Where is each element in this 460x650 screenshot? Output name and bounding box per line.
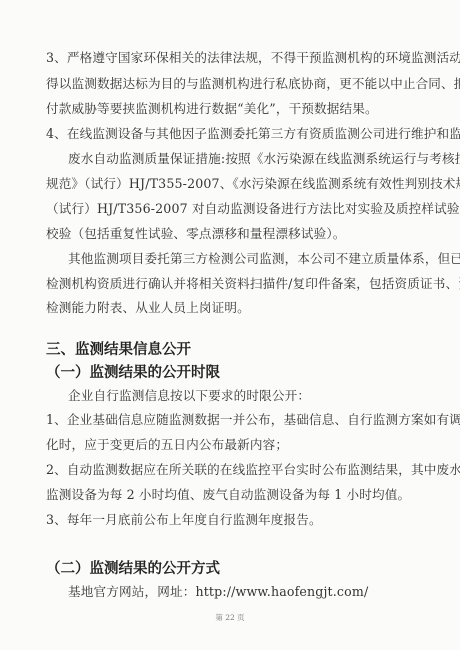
text-line: 检测机构资质进行确认并将相关资料扫描件/复印件备案，包括资质证书、资质 — [46, 276, 424, 292]
text-line: 3、严格遵守国家环保相关的法律法规，不得干预监测机构的环境监测活动，不 — [46, 50, 424, 66]
text-line: 规范》（试行）HJ/T355-2007、《水污染源在线监测系统有效性判别技术规范… — [46, 176, 424, 192]
text-line: 得以监测数据达标为目的与监测机构进行私底协商，更不能以中止合同、拒绝 — [46, 76, 424, 92]
subsection-heading: （一）监测结果的公开时限 — [46, 361, 220, 382]
website-label: 基地官方网站，网址： — [68, 584, 195, 599]
list-item: 监测设备为每 2 小时均值、废气自动监测设备为每 1 小时均值。 — [46, 487, 424, 503]
list-item: 化时，应于变更后的五日内公布最新内容； — [46, 437, 424, 453]
list-item: 3、每年一月底前公布上年度自行监测年度报告。 — [46, 512, 424, 528]
website-line: 基地官方网站，网址：http://www.haofengjt.com/ — [68, 584, 446, 600]
list-item: 1、企业基础信息应随监测数据一并公布，基础信息、自行监测方案如有调整变 — [46, 412, 424, 428]
text-line: 废水自动监测质量保证措施:按照《水污染源在线监测系统运行与考核技术 — [68, 151, 446, 167]
text-line: 付款威胁等要挟监测机构进行数据“美化”，干预数据结果。 — [46, 101, 424, 117]
website-link[interactable]: http://www.haofengjt.com/ — [195, 584, 368, 599]
page-number: 第 22 页 — [0, 612, 460, 623]
text-line: 其他监测项目委托第三方检测公司监测，本公司不建立质量体系，但已对 — [68, 251, 446, 267]
text-line: 企业自行监测信息按以下要求的时限公开： — [68, 388, 446, 404]
text-line: 校验（包括重复性试验、零点漂移和量程漂移试验）。 — [46, 226, 424, 242]
document-page: 3、严格遵守国家环保相关的法律法规，不得干预监测机构的环境监测活动，不 得以监测… — [0, 0, 460, 650]
text-line: 4、在线监测设备与其他因子监测委托第三方有资质监测公司进行维护和监测。 — [46, 126, 424, 142]
section-heading: 三、监测结果信息公开 — [46, 338, 191, 359]
subsection-heading: （二）监测结果的公开方式 — [46, 557, 220, 578]
text-line: 检测能力附表、从业人员上岗证明。 — [46, 300, 424, 316]
text-line: （试行）HJ/T356-2007 对自动监测设备进行方法比对实验及质控样试验、现… — [46, 201, 424, 217]
list-item: 2、自动监测数据应在所关联的在线监控平台实时公布监测结果，其中废水自动 — [46, 462, 424, 478]
